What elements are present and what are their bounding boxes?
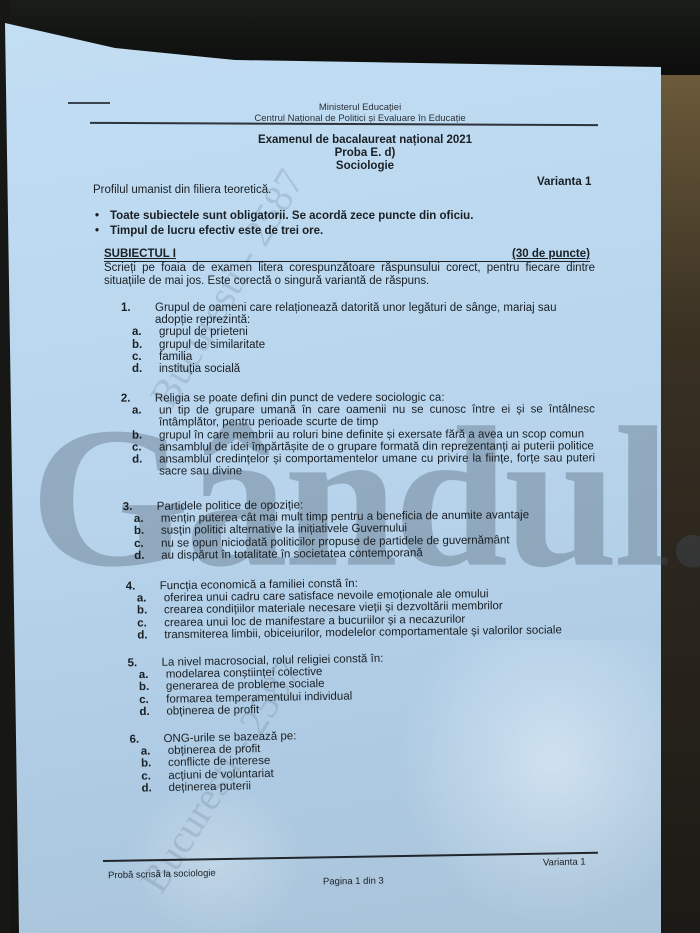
- option-letter: d.: [105, 454, 159, 479]
- option-text: un tip de grupare umană în care oamenii …: [159, 404, 595, 430]
- option-text: ansamblul de idei împărtășite de o grupa…: [159, 440, 595, 453]
- section-heading: SUBIECTUL I (30 de puncte): [104, 248, 590, 262]
- option-letter: a.: [110, 592, 164, 605]
- option-letter: d.: [114, 782, 168, 795]
- question-text: Religia se poate defini din punct de ved…: [155, 391, 595, 404]
- option-letter: b.: [105, 429, 159, 441]
- rule-item: Timpul de lucru efectiv este de trei ore…: [93, 224, 473, 239]
- question-item: 6.ONG-urile se bazează pe:a.obținerea de…: [113, 728, 414, 795]
- section-title: SUBIECTUL I: [104, 248, 176, 261]
- option-letter: c.: [105, 441, 159, 453]
- option-letter: c.: [110, 617, 164, 630]
- answer-option: c.familia: [105, 351, 595, 363]
- option-text: ansamblul credințelor și comportamentelo…: [159, 452, 595, 478]
- question-item: 5.La nivel macrosocial, rolul religiei c…: [111, 652, 412, 718]
- header-dash-mark: [68, 102, 110, 104]
- institution-header: Ministerul Educației Centrul Național de…: [200, 102, 520, 124]
- option-letter: a.: [114, 745, 168, 758]
- answer-option: a.un tip de grupare umană în care oameni…: [105, 404, 595, 430]
- section-points: (30 de puncte): [512, 248, 590, 261]
- page-number: Pagina 1 din 3: [323, 876, 384, 888]
- question-item: 3.Partidele politice de opoziție:a.menți…: [107, 497, 578, 563]
- option-text: grupul de similaritate: [159, 339, 595, 351]
- answer-option: d.instituția socială: [105, 363, 595, 375]
- question-item: 1.Grupul de oameni care relaționează dat…: [105, 302, 595, 375]
- section-instructions: Scrieți pe foaia de examen litera coresp…: [104, 262, 595, 288]
- answer-option: b.grupul de similaritate: [105, 339, 595, 351]
- ministry-name: Ministerul Educației: [200, 102, 520, 113]
- question-number: 6.: [113, 733, 163, 746]
- option-letter: c.: [112, 693, 166, 706]
- diagonal-stamp-watermark: Bucuresti - 2587: [140, 161, 314, 415]
- option-letter: b.: [107, 525, 161, 538]
- footer-variant: Varianta 1: [543, 857, 586, 869]
- option-letter: c.: [114, 770, 168, 783]
- exam-document: Gândul. Bucuresti - 2587 Bucuresti - 258…: [0, 0, 700, 933]
- question-number: 3.: [107, 501, 157, 514]
- option-letter: d.: [110, 629, 164, 642]
- option-letter: a.: [105, 326, 159, 338]
- option-letter: d.: [105, 363, 159, 375]
- question-number: 4.: [110, 580, 160, 593]
- exam-subject: Sociologie: [200, 160, 530, 173]
- answer-option: d.ansamblul credințelor și comportamente…: [105, 452, 595, 478]
- option-letter: b.: [110, 605, 164, 618]
- option-letter: b.: [112, 681, 166, 694]
- option-letter: b.: [105, 339, 159, 351]
- option-letter: a.: [107, 513, 161, 526]
- question-number: 1.: [105, 302, 155, 326]
- variant-label: Varianta 1: [537, 176, 591, 188]
- profile-text: Profilul umanist din filiera teoretică.: [93, 184, 271, 196]
- option-letter: c.: [107, 537, 161, 550]
- question-number: 2.: [105, 393, 155, 405]
- question-item: 4.Funcția economică a familiei constă în…: [110, 575, 581, 642]
- option-letter: d.: [112, 705, 166, 718]
- question-stem: 1.Grupul de oameni care relaționează dat…: [105, 302, 595, 326]
- exam-title: Examenul de bacalaureat național 2021: [200, 134, 530, 147]
- option-letter: b.: [114, 757, 168, 770]
- exam-proba: Proba E. d): [200, 147, 530, 160]
- exam-title-block: Examenul de bacalaureat național 2021 Pr…: [200, 134, 530, 173]
- option-letter: c.: [105, 351, 159, 363]
- header-divider: [90, 122, 598, 126]
- question-text: Grupul de oameni care relaționează dator…: [155, 302, 595, 326]
- rule-item: Toate subiectele sunt obligatorii. Se ac…: [93, 209, 473, 224]
- option-letter: a.: [105, 405, 159, 430]
- question-item: 2.Religia se poate defini din punct de v…: [105, 391, 595, 478]
- answer-option: a.grupul de prieteni: [105, 326, 595, 338]
- rules-list: Toate subiectele sunt obligatorii. Se ac…: [93, 209, 473, 239]
- option-text: grupul de prieteni: [159, 326, 595, 338]
- option-text: grupul în care membrii au roluri bine de…: [159, 428, 595, 441]
- footer-exam-label: Probă scrisă la sociologie: [108, 868, 216, 881]
- option-text: familia: [159, 351, 595, 363]
- option-text: instituția socială: [159, 363, 595, 375]
- option-letter: d.: [107, 550, 161, 563]
- option-letter: a.: [112, 669, 166, 682]
- question-number: 5.: [111, 657, 161, 670]
